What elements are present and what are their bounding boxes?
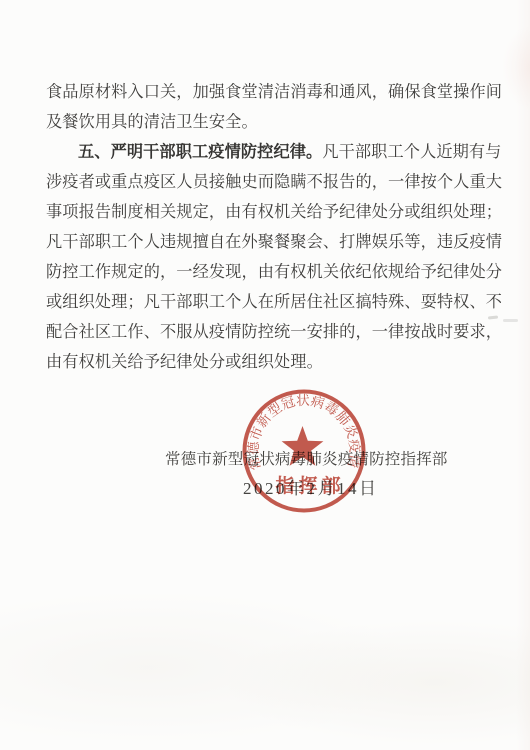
paragraph-heading-rest: 凡干部职工个人近期有与 — [322, 143, 501, 161]
paragraph-heading-line: 五、严明干部职工疫情防控纪律。凡干部职工个人近期有与 — [46, 137, 504, 167]
document-body: 食品原材料入口关，加强食堂清洁消毒和通风，确保食堂操作间 及餐饮用具的清洁卫生安… — [46, 77, 504, 377]
paragraph-heading: 五、严明干部职工疫情防控纪律。 — [78, 143, 322, 161]
text-line: 涉疫者或重点疫区人员接触史而隐瞒不报告的，一律按个人重大 — [46, 167, 504, 197]
text-line: 凡干部职工个人违规擅自在外聚餐聚会、打牌娱乐等，违反疫情 — [46, 227, 504, 257]
text-line: 由有权机关给予纪律处分或组织处理。 — [46, 347, 504, 377]
text-line: 事项报告制度相关规定，由有权机关给予纪律处分或组织处理； — [46, 197, 504, 227]
scan-artifact — [503, 319, 518, 322]
text-line: 防控工作规定的，一经发现，由有权机关依纪依规给予纪律处分 — [46, 257, 504, 287]
text-line: 配合社区工作、不服从疫情防控统一安排的，一律按战时要求， — [46, 317, 504, 347]
seal-center-text: 指挥部 — [275, 474, 344, 497]
official-seal: 常德市新型冠状病毒肺炎疫情防控指挥部 指挥部 — [236, 383, 372, 519]
scanned-document-page: 食品原材料入口关，加强食堂清洁消毒和通风，确保食堂操作间 及餐饮用具的清洁卫生安… — [0, 0, 530, 750]
text-line: 及餐饮用具的清洁卫生安全。 — [46, 107, 504, 137]
seal-star-icon — [282, 426, 324, 466]
text-line: 食品原材料入口关，加强食堂清洁消毒和通风，确保食堂操作间 — [46, 77, 504, 107]
text-line: 或组织处理；凡干部职工个人在所居住社区搞特殊、耍特权、不 — [46, 287, 504, 317]
